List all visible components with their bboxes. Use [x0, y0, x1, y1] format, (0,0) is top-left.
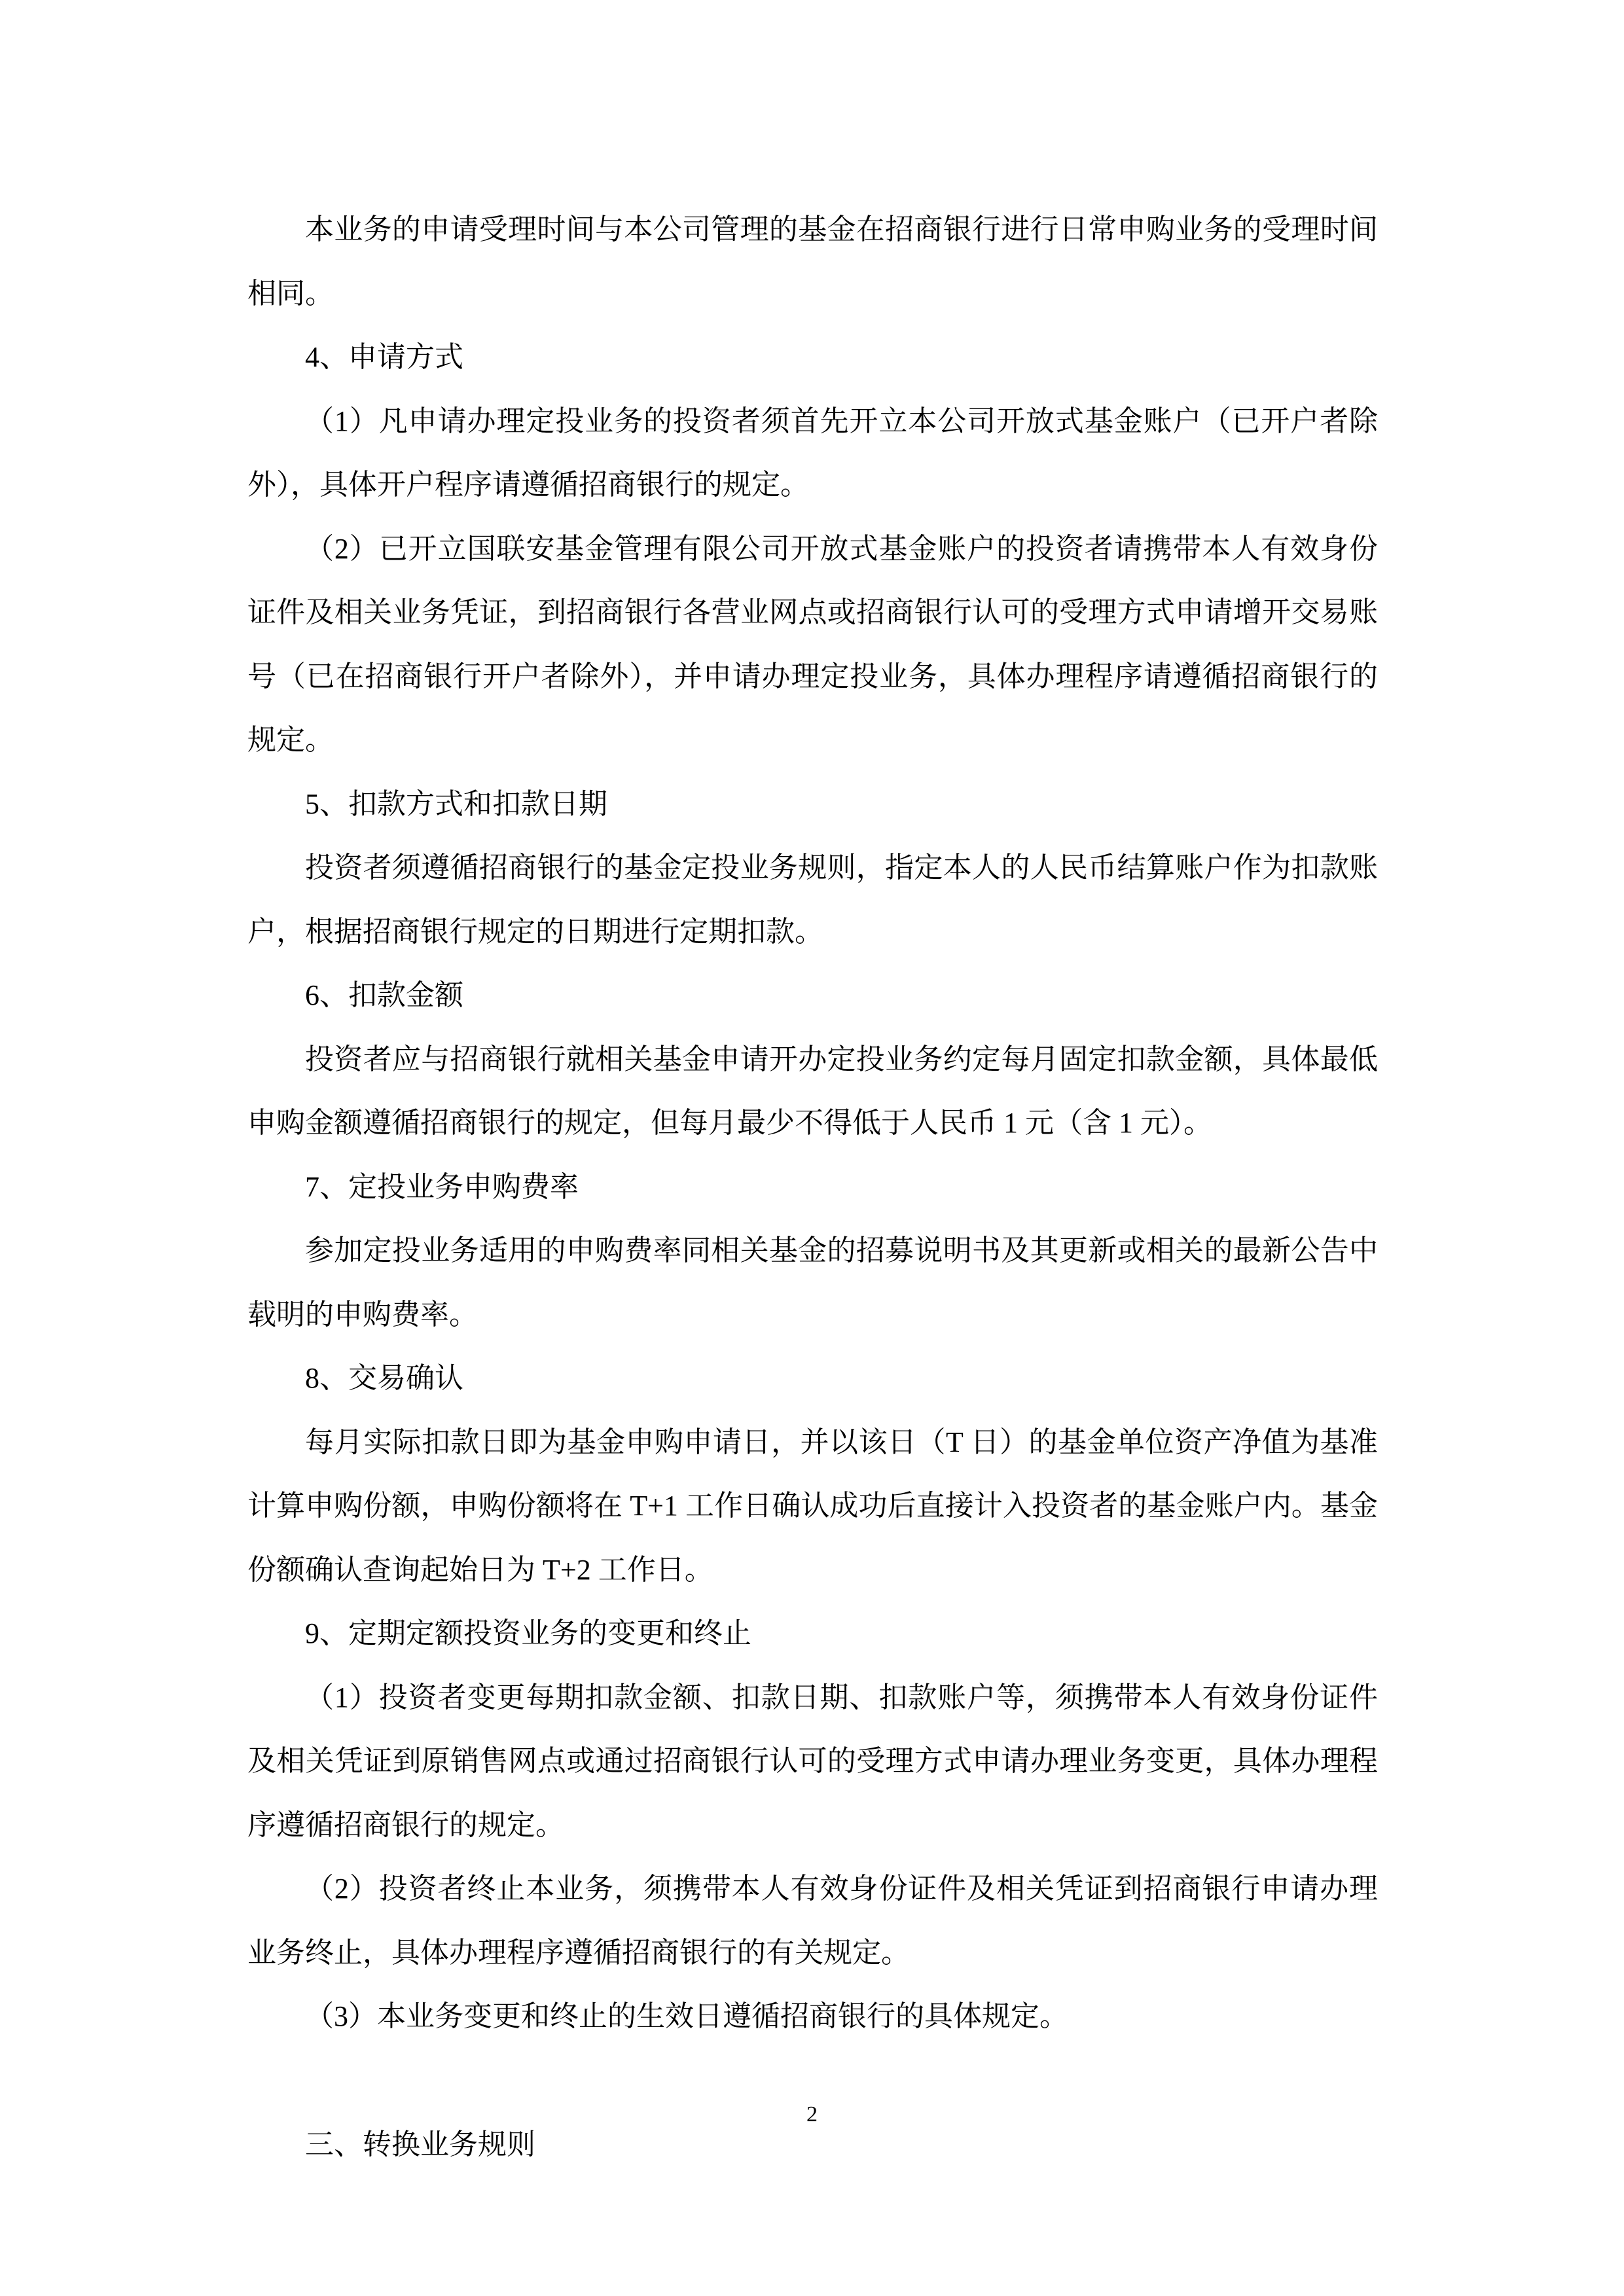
- section-heading-7-subscription-fee-rate: 7、定投业务申购费率: [247, 1155, 1378, 1219]
- page-footer: 2: [0, 2100, 1624, 2130]
- section-heading-4-application-method: 4、申请方式: [247, 325, 1378, 389]
- paragraph-7-body: 参加定投业务适用的申购费率同相关基金的招募说明书及其更新或相关的最新公告中载明的…: [247, 1219, 1378, 1346]
- paragraph-9-item-3: （3）本业务变更和终止的生效日遵循招商银行的具体规定。: [247, 1984, 1378, 2049]
- paragraph-4-item-2: （2）已开立国联安基金管理有限公司开放式基金账户的投资者请携带本人有效身份证件及…: [247, 517, 1378, 772]
- section-heading-8-transaction-confirmation: 8、交易确认: [247, 1346, 1378, 1410]
- paragraph-4-item-1: （1）凡申请办理定投业务的投资者须首先开立本公司开放式基金账户（已开户者除外），…: [247, 389, 1378, 517]
- section-heading-5-debit-method-and-date: 5、扣款方式和扣款日期: [247, 772, 1378, 836]
- document-page: 本业务的申请受理时间与本公司管理的基金在招商银行进行日常申购业务的受理时间相同。…: [0, 0, 1624, 2296]
- paragraph-9-item-2: （2）投资者终止本业务，须携带本人有效身份证件及相关凭证到招商银行申请办理业务终…: [247, 1857, 1378, 1984]
- page-number: 2: [806, 2102, 818, 2126]
- paragraph-acceptance-time: 本业务的申请受理时间与本公司管理的基金在招商银行进行日常申购业务的受理时间相同。: [247, 198, 1378, 325]
- paragraph-6-body: 投资者应与招商银行就相关基金申请开办定投业务约定每月固定扣款金额，具体最低申购金…: [247, 1028, 1378, 1155]
- document-content: 本业务的申请受理时间与本公司管理的基金在招商银行进行日常申购业务的受理时间相同。…: [247, 198, 1378, 2176]
- section-heading-9-change-and-termination: 9、定期定额投资业务的变更和终止: [247, 1602, 1378, 1666]
- paragraph-5-body: 投资者须遵循招商银行的基金定投业务规则，指定本人的人民币结算账户作为扣款账户，根…: [247, 836, 1378, 963]
- paragraph-9-item-1: （1）投资者变更每期扣款金额、扣款日期、扣款账户等，须携带本人有效身份证件及相关…: [247, 1666, 1378, 1857]
- paragraph-8-body: 每月实际扣款日即为基金申购申请日，并以该日（T 日）的基金单位资产净值为基准计算…: [247, 1410, 1378, 1602]
- section-heading-6-debit-amount: 6、扣款金额: [247, 963, 1378, 1028]
